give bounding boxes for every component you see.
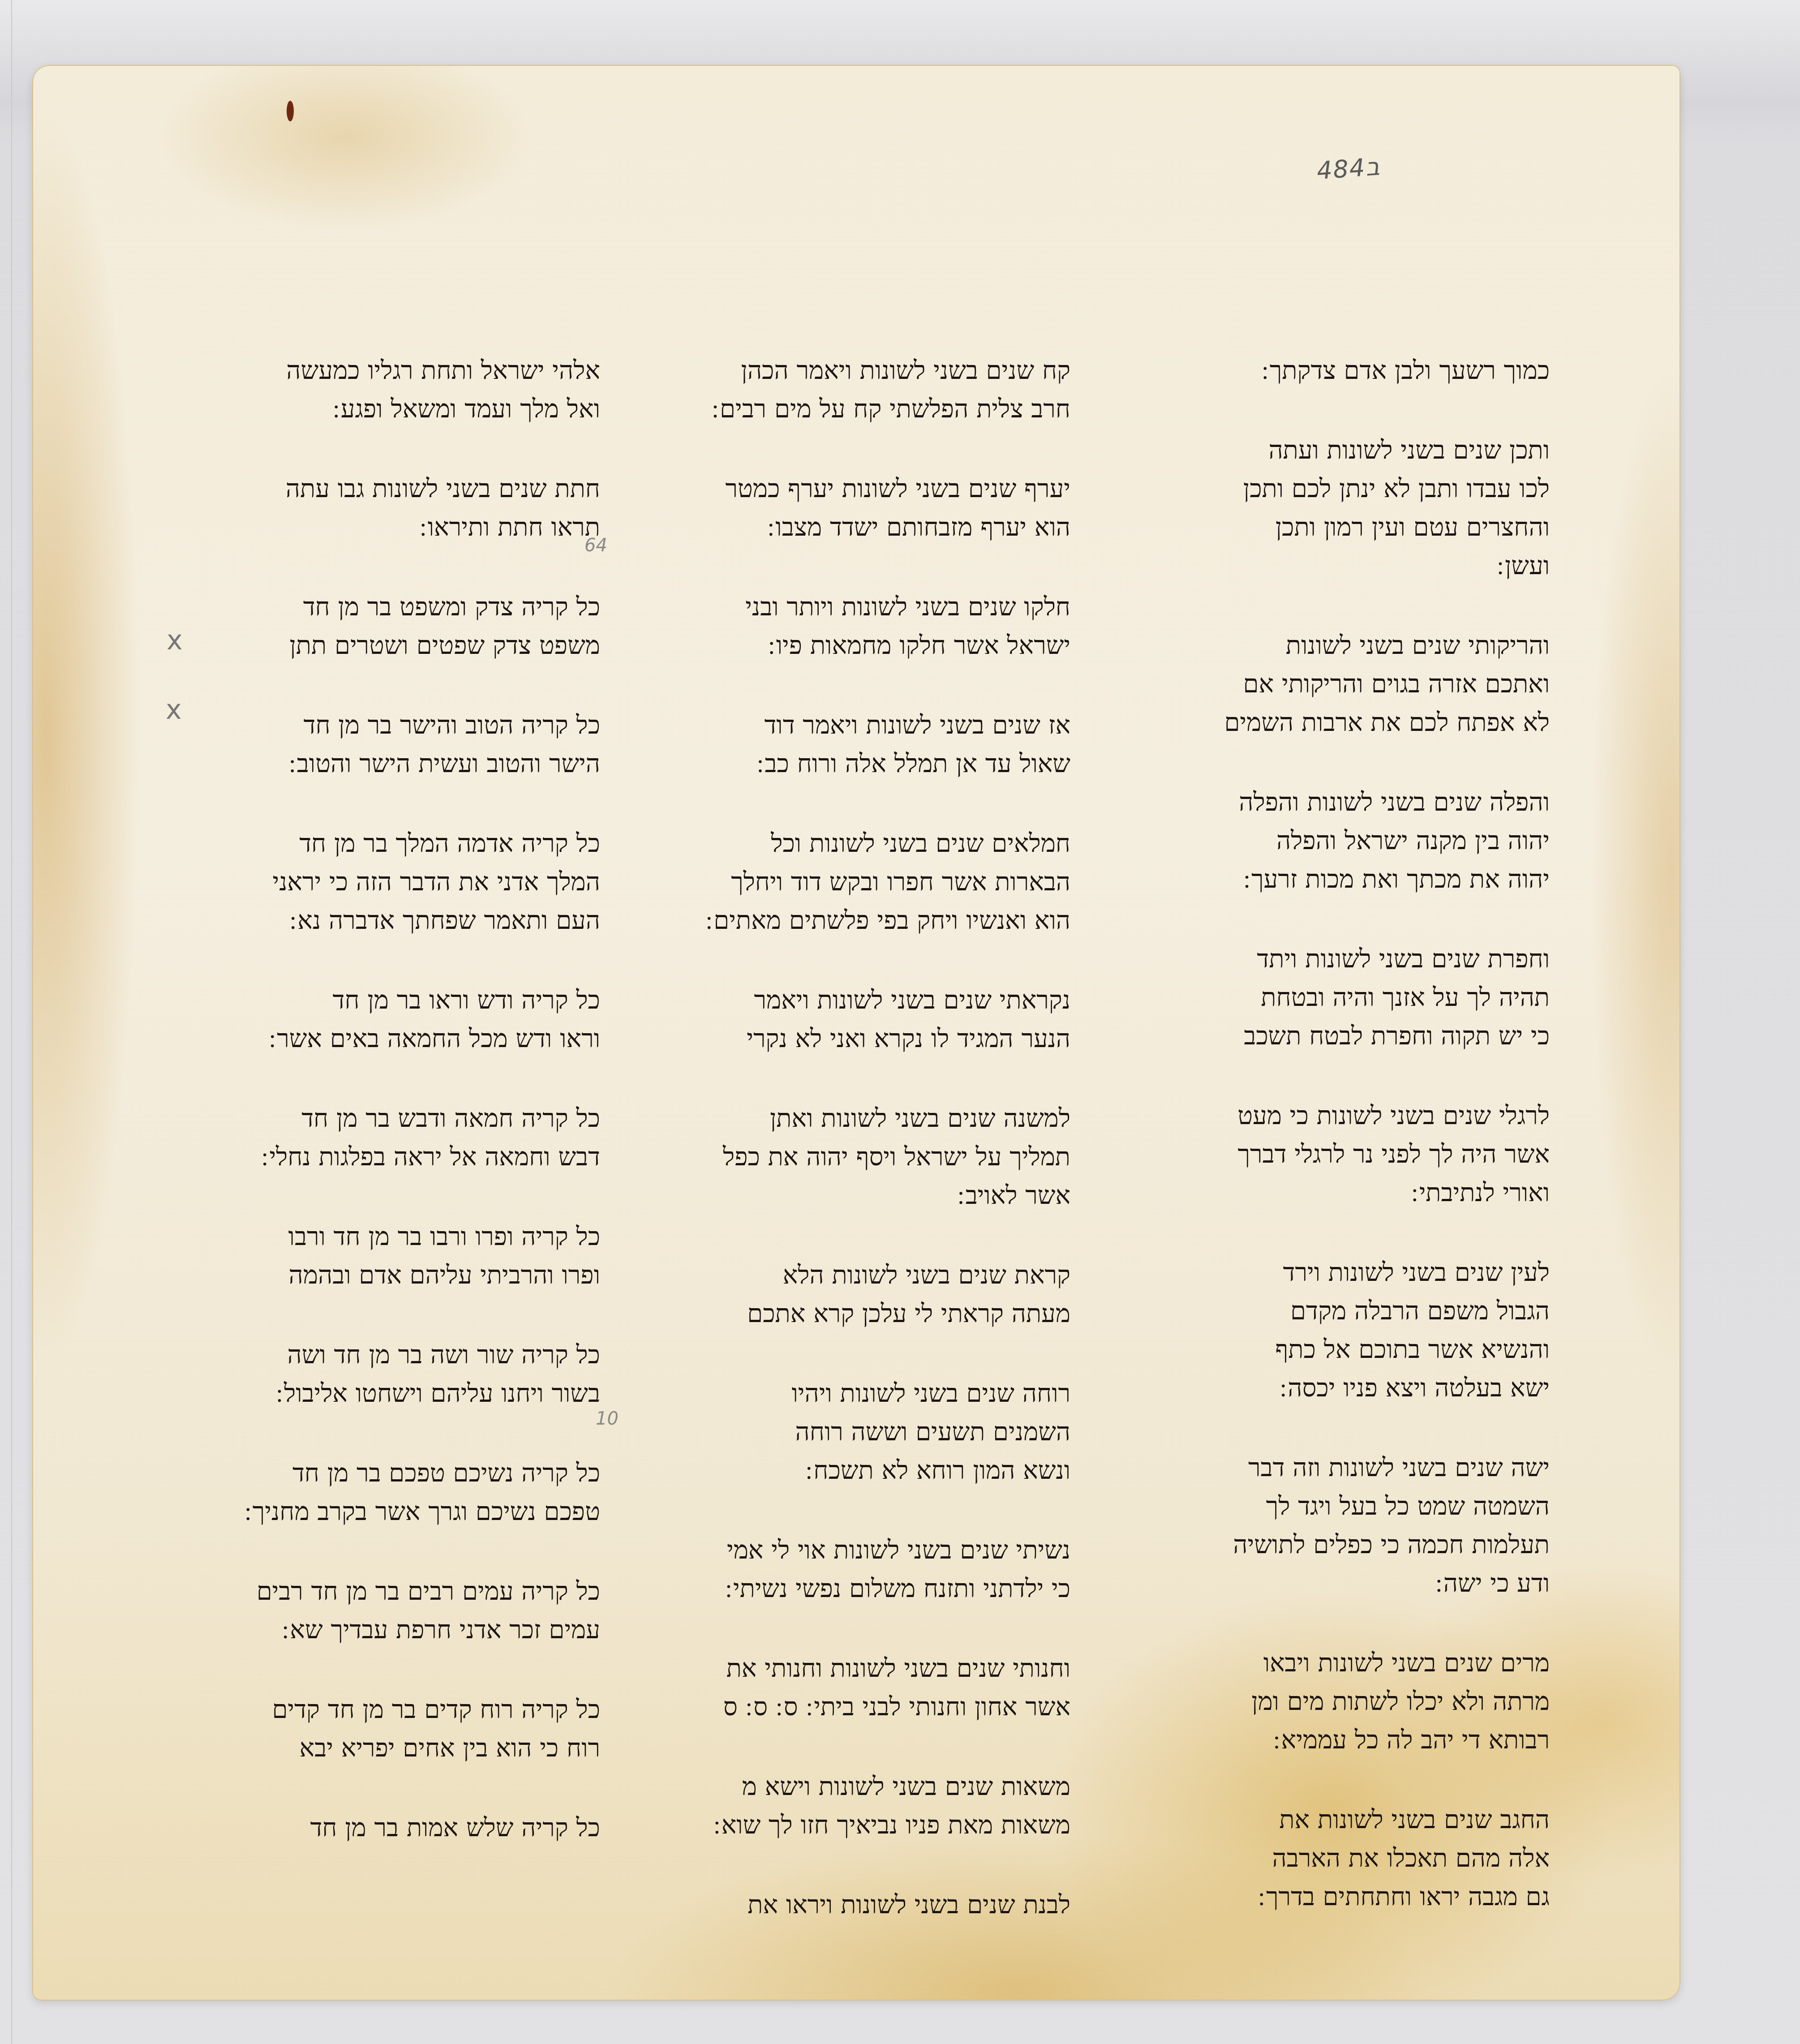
masorah-entry: והפלה שנים בשני לשונות והפלהיהוה בין מקנ… — [1164, 783, 1550, 899]
text-line: ואתכם אזרה בגוים והריקותי אם — [1164, 665, 1550, 704]
text-line: אלהי ישראל ותחת רגליו כמעשה — [206, 352, 600, 390]
text-line: אשר אחון וחנותי לבני ביתי ׃ ס ׃ ס ׃ ס — [676, 1688, 1070, 1726]
text-line: רוחה שנים בשני לשונות ויהיו — [676, 1374, 1070, 1413]
text-line: כל קריה שלש אמות בר מן חד — [206, 1809, 600, 1847]
text-line: ועשן ׃ — [1164, 547, 1550, 585]
text-line: ותכן שנים בשני לשונות ועתה — [1164, 431, 1550, 470]
text-line: יערף שנים בשני לשונות יערף כמטר — [676, 470, 1070, 508]
text-line: תעלמות חכמה כי כפלים לתושיה — [1164, 1526, 1550, 1564]
text-line: תראו חתת ותיראו ׃ — [206, 508, 600, 547]
text-line: ונשא המון רוחא לא תשכח ׃ — [676, 1451, 1070, 1490]
masorah-entry: חמלאים שנים בשני לשונות וכלהבארות אשר חפ… — [676, 824, 1070, 940]
text-line: גם מגבה יראו וחתחתים בדרך ׃ — [1164, 1878, 1550, 1916]
text-line: אז שנים בשני לשונות ויאמר דוד — [676, 706, 1070, 745]
text-column-left: אלהי ישראל ותחת רגליו כמעשהואל מלך ועמד … — [206, 352, 600, 1889]
text-line: קח שנים בשני לשונות ויאמר הכהן — [676, 352, 1070, 390]
text-line: לא אפתח לכם את ארבות השמים — [1164, 704, 1550, 742]
text-line: כל קריה אדמה המלך בר מן חד — [206, 824, 600, 863]
masorah-entry: חתת שנים בשני לשונות גבו עתהתראו חתת ותי… — [206, 470, 600, 547]
masorah-entry: לרגלי שנים בשני לשונות כי מעטאשר היה לך … — [1164, 1097, 1550, 1212]
text-line: וראו ודש מכל החמאה באים אשר ׃ — [206, 1020, 600, 1058]
text-line: משפט צדק שפטים ושטרים תתן — [206, 627, 600, 665]
text-line: לעין שנים בשני לשונות וירד — [1164, 1254, 1550, 1292]
text-line: דבש וחמאה אל יראה בפלגות נחלי ׃ — [206, 1138, 600, 1177]
text-column-middle: קח שנים בשני לשונות ויאמר הכהןחרב צלית ה… — [676, 352, 1070, 1966]
masorah-entry: וחפרת שנים בשני לשונות ויתדתהיה לך על אז… — [1164, 940, 1550, 1056]
text-line: תהיה לך על אזנך והיה ובטחת — [1164, 979, 1550, 1017]
text-line: נקראתי שנים בשני לשונות ויאמר — [676, 981, 1070, 1020]
masorah-entry: יערף שנים בשני לשונות יערף כמטרהוא יערף … — [676, 470, 1070, 547]
text-line: יהוה בין מקנה ישראל והפלה — [1164, 822, 1550, 860]
marginal-x-mark: x — [166, 694, 182, 726]
text-line: כמוך רשעך ולבן אדם צדקתך ׃ — [1164, 352, 1550, 390]
text-line: ישה שנים בשני לשונות וזה דבר — [1164, 1449, 1550, 1487]
text-line: כל קריה רוח קדים בר מן חד קדים — [206, 1691, 600, 1729]
text-line: ואל מלך ועמד ומשאל ופגע ׃ — [206, 390, 600, 429]
text-line: רבותא די יהב לה כל עממיא ׃ — [1164, 1721, 1550, 1760]
masorah-entry: כל קריה ופרו ורבו בר מן חד ורבוופרו והרב… — [206, 1218, 600, 1295]
ink-stain — [287, 101, 294, 121]
text-line: והפלה שנים בשני לשונות והפלה — [1164, 783, 1550, 822]
text-line: למשנה שנים בשני לשונות ואתן — [676, 1099, 1070, 1138]
text-line: כל קריה צדק ומשפט בר מן חד — [206, 588, 600, 627]
masorah-entry: כמוך רשעך ולבן אדם צדקתך ׃ — [1164, 352, 1550, 390]
text-line: הוא ואנשיו ויחק בפי פלשתים מאתים ׃ — [676, 902, 1070, 940]
masorah-entry: כל קריה הטוב והישר בר מן חדהישר והטוב וע… — [206, 706, 600, 783]
text-line: חמלאים שנים בשני לשונות וכל — [676, 824, 1070, 863]
text-line: רוח כי הוא בין אחים יפריא יבא — [206, 1729, 600, 1768]
masorah-entry: לעין שנים בשני לשונות וירדהגבול משפם הרב… — [1164, 1254, 1550, 1408]
text-line: כל קריה נשיכם טפכם בר מן חד — [206, 1454, 600, 1493]
text-line: כל קריה שור ושה בר מן חד ושה — [206, 1336, 600, 1374]
text-line: והנשיא אשר בתוכם אל כתף — [1164, 1331, 1550, 1369]
masorah-entry: רוחה שנים בשני לשונות ויהיוהשמנים תשעים … — [676, 1374, 1070, 1490]
text-line: נשיתי שנים בשני לשונות אוי לי אמי — [676, 1531, 1070, 1570]
text-line: והחצרים עטם ועין רמון ותכן — [1164, 508, 1550, 547]
text-line: כל קריה ופרו ורבו בר מן חד ורבו — [206, 1218, 600, 1256]
masorah-entry: חלקו שנים בשני לשונות ויותר ובניישראל אש… — [676, 588, 1070, 665]
text-line: הוא יערף מזבחותם ישדד מצבו ׃ — [676, 508, 1070, 547]
text-line: ישא בעלטה ויצא פניו יכסה ׃ — [1164, 1369, 1550, 1408]
masorah-entry: נקראתי שנים בשני לשונות ויאמרהנער המגיד … — [676, 981, 1070, 1058]
masorah-entry: משאות שנים בשני לשונות וישא ממשאות מאת פ… — [676, 1768, 1070, 1845]
text-line: וחפרת שנים בשני לשונות ויתד — [1164, 940, 1550, 979]
masorah-entry: והריקותי שנים בשני לשונותואתכם אזרה בגוי… — [1164, 627, 1550, 742]
text-column-right: כמוך רשעך ולבן אדם צדקתך ׃ותכן שנים בשני… — [1164, 352, 1550, 1958]
masorah-entry: קח שנים בשני לשונות ויאמר הכהןחרב צלית ה… — [676, 352, 1070, 429]
text-line: וחנותי שנים בשני לשונות וחנותי את — [676, 1649, 1070, 1688]
text-line: מעתה קראתי לי עלכן קרא אתכם — [676, 1295, 1070, 1333]
masorah-entry: נשיתי שנים בשני לשונות אוי לי אמיכי ילדת… — [676, 1531, 1070, 1608]
masorah-entry: כל קריה שור ושה בר מן חד ושהבשור ויחנו ע… — [206, 1336, 600, 1413]
text-line: החגב שנים בשני לשונות את — [1164, 1801, 1550, 1839]
text-line: משאות שנים בשני לשונות וישא מ — [676, 1768, 1070, 1806]
text-line: עמים זכר אדני חרפת עבדיך שא ׃ — [206, 1611, 600, 1649]
text-line: קראת שנים בשני לשונות הלא — [676, 1256, 1070, 1295]
text-line: ודע כי ישה ׃ — [1164, 1564, 1550, 1603]
text-line: הבארות אשר חפרו ובקש דוד ויחלך — [676, 863, 1070, 902]
text-line: כי ילדתני ותזנח משלום נפשי נשיתי ׃ — [676, 1570, 1070, 1608]
text-line: מרתה ולא יכלו לשתות מים ומן — [1164, 1683, 1550, 1721]
text-line: כל קריה הטוב והישר בר מן חד — [206, 706, 600, 745]
text-line: אשר לאויב ׃ — [676, 1177, 1070, 1215]
masorah-entry: כל קריה נשיכם טפכם בר מן חדטפכם נשיכם וג… — [206, 1454, 600, 1531]
text-line: לרגלי שנים בשני לשונות כי מעט — [1164, 1097, 1550, 1135]
masorah-entry: החגב שנים בשני לשונות אתאלה מהם תאכלו את… — [1164, 1801, 1550, 1916]
text-line: מרים שנים בשני לשונות ויבאו — [1164, 1644, 1550, 1683]
text-line: תמליך על ישראל ויסף יהוה את כפל — [676, 1138, 1070, 1177]
masorah-entry: ישה שנים בשני לשונות וזה דברהשמטה שמט כל… — [1164, 1449, 1550, 1603]
text-line: כי יש תקוה וחפרת לבטח תשכב — [1164, 1017, 1550, 1056]
text-line: הגבול משפם הרבלה מקדם — [1164, 1292, 1550, 1331]
text-line: הישר והטוב ועשית הישר והטוב ׃ — [206, 745, 600, 783]
text-line: העם ותאמר שפחתך אדברה נא ׃ — [206, 902, 600, 940]
text-line: אשר היה לך לפני נר לרגלי דברך — [1164, 1135, 1550, 1174]
text-line: אלה מהם תאכלו את הארבה — [1164, 1839, 1550, 1878]
masorah-entry: וחנותי שנים בשני לשונות וחנותי אתאשר אחו… — [676, 1649, 1070, 1726]
text-line: לבנת שנים בשני לשונות ויראו את — [676, 1886, 1070, 1924]
text-line: משאות מאת פניו נביאיך חזו לך שוא ׃ — [676, 1806, 1070, 1845]
text-line: לכו עבדו ותבן לא ינתן לכם ותכן — [1164, 470, 1550, 508]
masorah-entry: כל קריה רוח קדים בר מן חד קדיםרוח כי הוא… — [206, 1691, 600, 1768]
marginal-x-mark: x — [167, 625, 183, 656]
text-line: השמנים תשעים וששה רוחה — [676, 1413, 1070, 1451]
masorah-entry: לבנת שנים בשני לשונות ויראו את — [676, 1886, 1070, 1924]
text-line: ואורי לנתיבתי ׃ — [1164, 1174, 1550, 1212]
masorah-entry: למשנה שנים בשני לשונות ואתןתמליך על ישרא… — [676, 1099, 1070, 1215]
masorah-entry: קראת שנים בשני לשונות הלאמעתה קראתי לי ע… — [676, 1256, 1070, 1333]
masorah-entry: כל קריה שלש אמות בר מן חד — [206, 1809, 600, 1847]
masorah-entry: כל קריה אדמה המלך בר מן חדהמלך אדני את ה… — [206, 824, 600, 940]
text-line: והריקותי שנים בשני לשונות — [1164, 627, 1550, 665]
folio-number: 484ב — [1316, 152, 1381, 185]
text-line: ופרו והרביתי עליהם אדם ובהמה — [206, 1256, 600, 1295]
text-line: המלך אדני את הדבר הזה כי יראני — [206, 863, 600, 902]
masorah-entry: אז שנים בשני לשונות ויאמר דודשאול עד אן … — [676, 706, 1070, 783]
text-line: שאול עד אן תמלל אלה ורוח כב ׃ — [676, 745, 1070, 783]
text-line: כל קריה חמאה ודבש בר מן חד — [206, 1099, 600, 1138]
text-line: כל קריה עמים רבים בר מן חד רבים — [206, 1572, 600, 1611]
masorah-entry: אלהי ישראל ותחת רגליו כמעשהואל מלך ועמד … — [206, 352, 600, 429]
text-line: חרב צלית הפלשתי קח על מים רבים ׃ — [676, 390, 1070, 429]
masorah-entry: כל קריה צדק ומשפט בר מן חדמשפט צדק שפטים… — [206, 588, 600, 665]
masorah-entry: מרים שנים בשני לשונות ויבאומרתה ולא יכלו… — [1164, 1644, 1550, 1760]
text-line: כל קריה ודש וראו בר מן חד — [206, 981, 600, 1020]
masorah-entry: כל קריה חמאה ודבש בר מן חדדבש וחמאה אל י… — [206, 1099, 600, 1177]
text-line: חלקו שנים בשני לשונות ויותר ובני — [676, 588, 1070, 627]
text-line: הנער המגיד לו נקרא ואני לא נקרי — [676, 1020, 1070, 1058]
text-line: טפכם נשיכם וגרך אשר בקרב מחניך ׃ — [206, 1493, 600, 1531]
text-line: ישראל אשר חלקו מחמאות פיו ׃ — [676, 627, 1070, 665]
masorah-entry: ותכן שנים בשני לשונות ועתהלכו עבדו ותבן … — [1164, 431, 1550, 585]
text-line: יהוה את מכתך ואת מכות זרעך ׃ — [1164, 860, 1550, 899]
masorah-entry: כל קריה ודש וראו בר מן חדוראו ודש מכל הח… — [206, 981, 600, 1058]
text-line: השמטה שמט כל בעל ויגד לך — [1164, 1487, 1550, 1526]
text-line: חתת שנים בשני לשונות גבו עתה — [206, 470, 600, 508]
masorah-entry: כל קריה עמים רבים בר מן חד רביםעמים זכר … — [206, 1572, 600, 1649]
text-line: בשור ויחנו עליהם וישחטו אליבול ׃ — [206, 1374, 600, 1413]
